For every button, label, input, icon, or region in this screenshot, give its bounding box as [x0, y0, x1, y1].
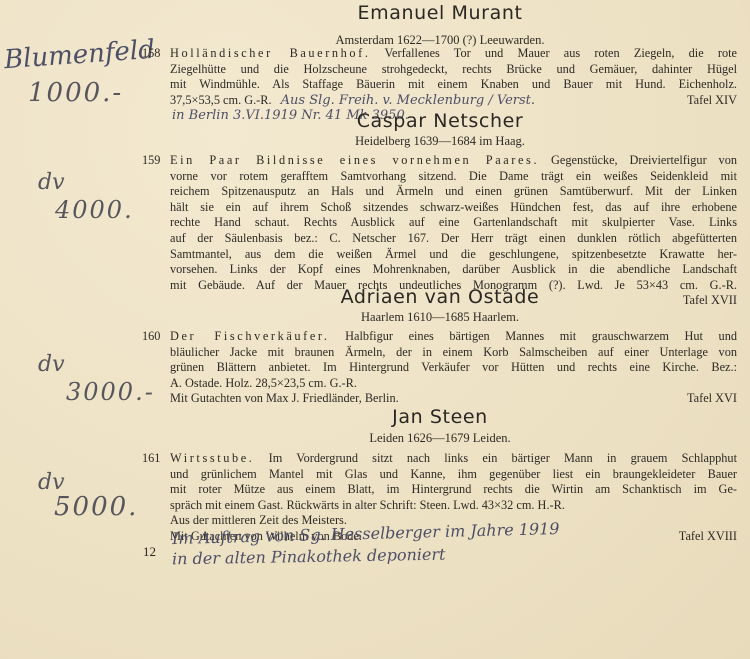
- artist-heading: Adriaen van Ostade: [130, 286, 750, 308]
- lot-text-line: reichem Spitzenausputz an Hals und Ärmel…: [170, 184, 737, 200]
- artist-heading: Jan Steen: [130, 406, 750, 428]
- margin-note-price: 5000.: [54, 492, 138, 522]
- lot-text-line: Mit Gutachten von Max J. Friedländer, Be…: [170, 391, 399, 407]
- lot-text-line: und grünlichem Mantel mit Glas und Kanne…: [170, 467, 737, 483]
- artist-heading: Caspar Netscher: [130, 110, 750, 132]
- plate-reference: Tafel XVIII: [679, 529, 737, 545]
- lot-text-line: Gegenstücke, Dreiviertelfigur von: [551, 153, 737, 167]
- artist-heading: Emanuel Murant: [130, 2, 750, 24]
- lot-text-line: vorsehen. Links der Kopf eines Mohrenkna…: [170, 262, 737, 278]
- lot-title: Holländischer Bauernhof.: [170, 46, 371, 60]
- lot-number: 160: [142, 329, 164, 345]
- handwritten-deposit-note-line2: in der alten Pinakothek deponiert: [172, 545, 446, 569]
- margin-note-mark: dv: [38, 170, 65, 195]
- margin-note-buyer: Blumenfeld: [3, 35, 156, 75]
- lot-entry-158: 158 Holländischer Bauernhof. Verfallenes…: [142, 46, 737, 108]
- lot-text-line: hält sie ein auf ihrem Schoß sitzendes s…: [170, 200, 737, 216]
- lot-text-line: Im Vordergrund sitzt nach links ein bärt…: [269, 451, 737, 465]
- artist-life-dates: Heidelberg 1639—1684 im Haag.: [130, 134, 750, 149]
- lot-text-line: rechte Hand schaut. Rechts Ausblick auf …: [170, 215, 737, 231]
- margin-note-price: 4000.: [55, 196, 134, 224]
- plate-reference: Tafel XIV: [687, 93, 737, 109]
- margin-note-price: 1000.-: [28, 78, 123, 108]
- lot-text-line: mit roter Mütze aus einem Blatt, im Hint…: [170, 482, 737, 498]
- lot-text-line: mit Windmühle. Als Staffage Bäuerin mit …: [170, 77, 737, 93]
- lot-text-line: vorne vor rotem gerafftem Samtvorhang si…: [170, 169, 737, 185]
- artist-life-dates: Leiden 1626—1679 Leiden.: [130, 431, 750, 446]
- lot-entry-160: 160 Der Fischverkäufer. Halbfigur eines …: [142, 329, 737, 407]
- lot-number: 159: [142, 153, 164, 169]
- lot-text-line: grünen Blättern anbietet. Im Hintergrund…: [170, 360, 737, 376]
- catalog-page: Emanuel Murant Amsterdam 1622—1700 (?) L…: [0, 0, 750, 659]
- lot-text-line: Samtmantel, aus dem die weißen Ärmel und…: [170, 247, 737, 263]
- plate-reference: Tafel XVI: [687, 391, 737, 407]
- margin-note-mark: dv: [38, 352, 65, 377]
- lot-title: Wirtsstube.: [170, 451, 254, 465]
- lot-text-line: spräch mit einem Gast. Rückwärts in alte…: [170, 498, 737, 514]
- handwritten-provenance: Aus Slg. Freih. v. Mecklenburg / Verst.: [281, 93, 535, 108]
- lot-text-line: Ziegelhütte und die Holzscheune strohged…: [170, 62, 737, 78]
- lot-title: Ein Paar Bildnisse eines vornehmen Paare…: [170, 153, 539, 167]
- lot-text-line: auf der Säulenbasis bez.: C. Netscher 16…: [170, 231, 737, 247]
- lot-number: 158: [142, 46, 164, 62]
- lot-text-line: 37,5×53,5 cm. G.-R.: [170, 93, 272, 107]
- page-number: 12: [143, 544, 156, 560]
- lot-text-line: Verfallenes Tor und Mauer aus roten Zieg…: [385, 46, 737, 60]
- lot-text-line: A. Ostade. Holz. 28,5×23,5 cm. G.-R.: [170, 376, 737, 392]
- lot-text-line: Halbfigur eines bärtigen Mannes mit grau…: [345, 329, 737, 343]
- lot-title: Der Fischverkäufer.: [170, 329, 330, 343]
- lot-number: 161: [142, 451, 164, 467]
- artist-life-dates: Haarlem 1610—1685 Haarlem.: [130, 310, 750, 325]
- lot-text-line: bläulicher Jacke mit braunen Ärmeln, der…: [170, 345, 737, 361]
